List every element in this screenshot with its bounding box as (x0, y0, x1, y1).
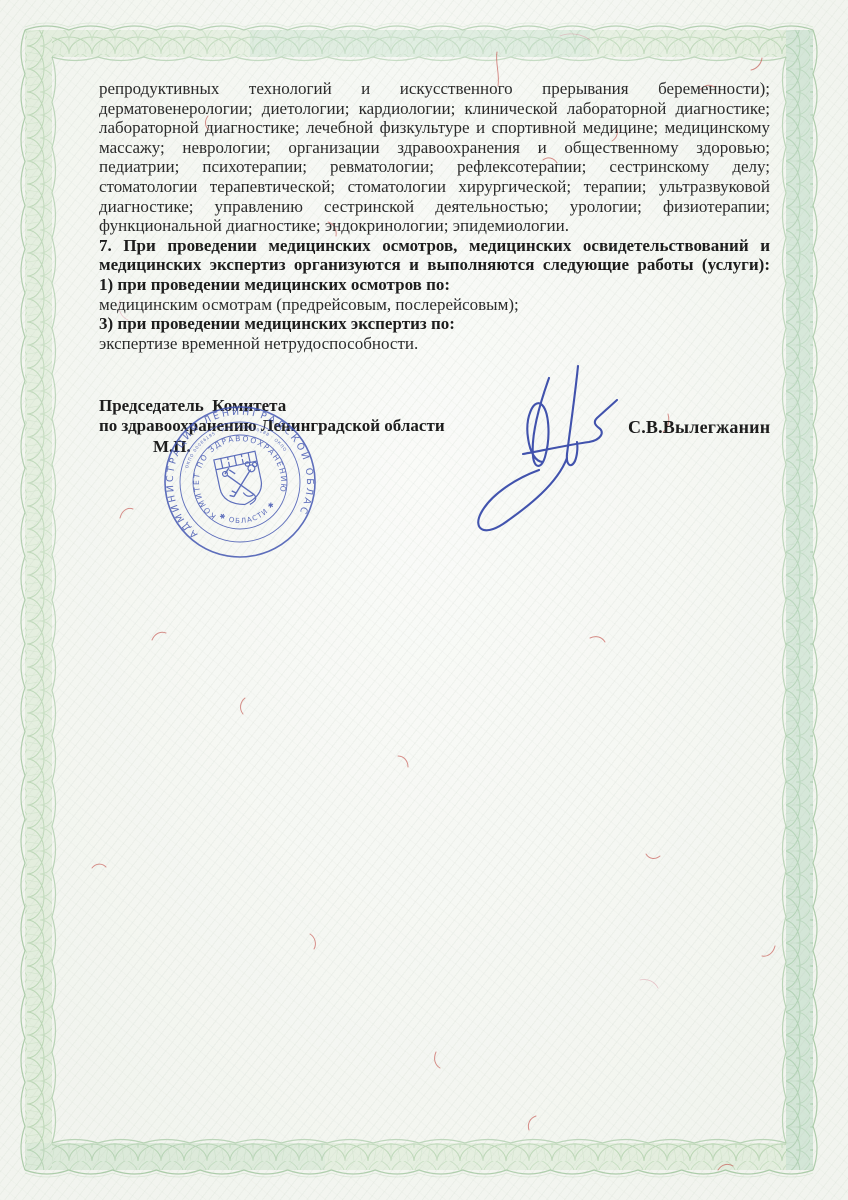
text-line: массажу; неврологии; организации здравоо… (99, 138, 770, 158)
signer-name: С.В.Вылегжанин (628, 417, 773, 438)
text-line: стоматологии терапевтической; стоматолог… (99, 177, 770, 197)
text-line: педиатрии; психотерапии; ревматологии; р… (99, 157, 770, 177)
text-line: медицинским осмотрам (предрейсовым, посл… (99, 295, 770, 315)
text-line: функциональной диагностике; эндокринолог… (99, 216, 770, 236)
text-line: 3) при проведении медицинских экспертиз … (99, 314, 770, 334)
coat-of-arms (214, 451, 266, 510)
text-line: дерматовенерологии; диетологии; кардиоло… (99, 99, 770, 119)
text-line: медицинских экспертиз организуются и вып… (99, 255, 770, 275)
text-line: лабораторной диагностике; лечебной физку… (99, 118, 770, 138)
text-line: диагностике; управлению сестринской деят… (99, 197, 770, 217)
license-back-page: репродуктивных технологий и искусственно… (0, 0, 848, 1200)
handwritten-signature (465, 358, 625, 553)
text-line: 7. При проведении медицинских осмотров, … (99, 236, 770, 256)
text-line: экспертизе временной нетрудоспособности. (99, 334, 770, 354)
official-round-stamp: АДМИНИСТРАЦИЯ ЛЕНИНГРАДСКОЙ ОБЛАСТИ · ОК… (160, 402, 320, 562)
body-text: репродуктивных технологий и искусственно… (99, 79, 770, 353)
text-line: репродуктивных технологий и искусственно… (99, 79, 770, 99)
text-line: 1) при проведении медицинских осмотров п… (99, 275, 770, 295)
